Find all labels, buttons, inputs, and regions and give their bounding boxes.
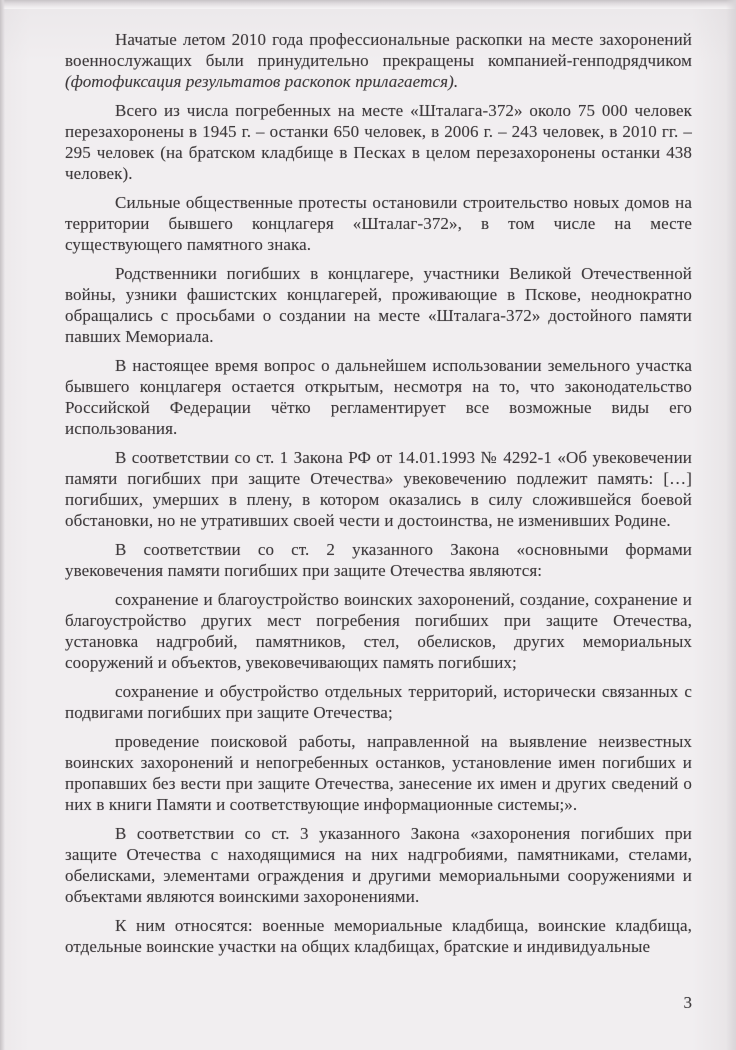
text-segment-italic: (фотофиксация результатов раскопок прила… bbox=[65, 72, 458, 91]
paragraph: Начатые летом 2010 года профессиональные… bbox=[65, 29, 692, 92]
text-segment: Начатые летом 2010 года профессиональные… bbox=[65, 30, 692, 70]
page-number: 3 bbox=[684, 992, 693, 1013]
paragraph: сохранение и благоустройство воинских за… bbox=[65, 589, 692, 673]
scan-edge-right bbox=[726, 0, 736, 1050]
text-segment: В соответствии со ст. 3 указанного Закон… bbox=[65, 824, 692, 906]
text-segment: сохранение и обустройство отдельных терр… bbox=[65, 682, 692, 722]
paragraph: Всего из числа погребенных на месте «Шта… bbox=[65, 100, 692, 184]
text-segment: Всего из числа погребенных на месте «Шта… bbox=[65, 101, 692, 183]
text-segment: Сильные общественные протесты остановили… bbox=[65, 193, 692, 254]
text-segment: сохранение и благоустройство воинских за… bbox=[65, 590, 692, 672]
paragraph: В соответствии со ст. 1 Закона РФ от 14.… bbox=[65, 447, 692, 531]
paragraph: В соответствии со ст. 2 указанного Закон… bbox=[65, 539, 692, 581]
text-segment: В соответствии со ст. 2 указанного Закон… bbox=[65, 540, 692, 580]
paragraph: В настоящее время вопрос о дальнейшем ис… bbox=[65, 355, 692, 439]
text-segment: К ним относятся: военные мемориальные кл… bbox=[65, 916, 692, 956]
paragraph: Родственники погибших в концлагере, учас… bbox=[65, 263, 692, 347]
scan-edge-left bbox=[0, 0, 5, 1050]
paragraph: сохранение и обустройство отдельных терр… bbox=[65, 681, 692, 723]
text-segment: Родственники погибших в концлагере, учас… bbox=[65, 264, 692, 346]
text-segment: проведение поисковой работы, направленно… bbox=[65, 732, 692, 814]
paragraph: Сильные общественные протесты остановили… bbox=[65, 192, 692, 255]
text-segment: В настоящее время вопрос о дальнейшем ис… bbox=[65, 356, 692, 438]
text-segment: В соответствии со ст. 1 Закона РФ от 14.… bbox=[65, 448, 692, 530]
scanned-document-page: Начатые летом 2010 года профессиональные… bbox=[0, 0, 736, 1050]
paragraph: проведение поисковой работы, направленно… bbox=[65, 731, 692, 815]
paragraph: К ним относятся: военные мемориальные кл… bbox=[65, 915, 692, 957]
document-body: Начатые летом 2010 года профессиональные… bbox=[65, 29, 692, 965]
scan-edge-top bbox=[0, 0, 736, 9]
paragraph: В соответствии со ст. 3 указанного Закон… bbox=[65, 823, 692, 907]
